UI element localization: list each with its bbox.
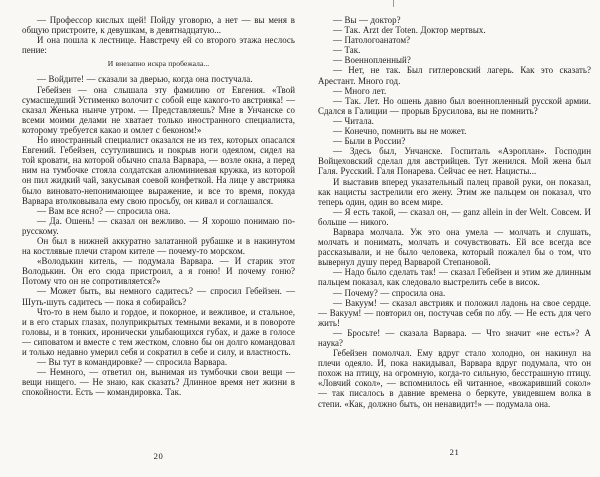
paragraph: — Вакуум! — сказал австрияк и положил ла…: [318, 298, 591, 328]
book-spread: — Профессор кислых щей! Пойду уговорю, а…: [0, 0, 600, 477]
paragraph: — Так. Лет. Но ошень давно был военнопле…: [318, 96, 591, 116]
paragraph: — Вы — доктор?: [318, 15, 591, 25]
paragraph: — Вы тут в командировке? — спросила Варв…: [22, 357, 295, 367]
paragraph: — Бросьте! — сказала Варвара. — Что знач…: [318, 328, 591, 348]
paragraph: — Военнопленный?: [318, 55, 591, 65]
paragraph: И выставив вперед указательный палец пра…: [318, 177, 591, 207]
left-page-number: 20: [22, 451, 295, 461]
paragraph: — Были в России?: [318, 136, 591, 146]
paragraph: — Может быть, вы немного садитесь? — спр…: [22, 286, 295, 306]
verse-line: И внезапно искра пробежала...: [22, 59, 295, 69]
paragraph: Варвара молчала. Уж это она умела — молч…: [318, 227, 591, 267]
left-page-text: — Профессор кислых щей! Пойду уговорю, а…: [22, 15, 295, 397]
paragraph: — Нет, не так. Был гитлеровский лагерь. …: [318, 65, 591, 85]
paragraph: Он был в нижней аккуратно залатанной руб…: [22, 236, 295, 256]
paragraph: — Надо было сделать так! — сказал Гебейз…: [318, 267, 591, 287]
paragraph: Гебейзен помолчал. Ему вдруг стало холод…: [318, 348, 591, 409]
paragraph: — Войдите! — сказали за дверью, когда он…: [22, 74, 295, 84]
left-page: — Профессор кислых щей! Пойду уговорю, а…: [0, 0, 300, 477]
paragraph: И она пошла к лестнице. Навстречу ей со …: [22, 35, 295, 55]
paragraph: — Конечно, помнить вы не может.: [318, 126, 591, 136]
paragraph: — Патологоанатом?: [318, 35, 591, 45]
paragraph: — Так.: [318, 45, 591, 55]
paragraph: — Много лет.: [318, 86, 591, 96]
paragraph: — Да. Ошень! — сказал он вежливо. — Я хо…: [22, 216, 295, 236]
right-page: — Вы — доктор?— Так. Arzt der Toten. Док…: [300, 0, 600, 477]
paragraph: — Я есть такой, — сказал он, — ganz alle…: [318, 207, 591, 227]
paragraph: — Почему? — спросила она.: [318, 288, 591, 298]
paragraph: — Вам все ясно? — спросила она.: [22, 206, 295, 216]
paragraph: — Читала.: [318, 116, 591, 126]
paragraph: — Здесь был, Унчанске. Госпиталь «Аэропл…: [318, 146, 591, 176]
paragraph: Но иностранный специалист оказался не из…: [22, 135, 295, 206]
paragraph: — Немного, — ответил он, вынимая из тумб…: [22, 367, 295, 397]
right-page-number: 21: [318, 447, 591, 457]
right-page-text: — Вы — доктор?— Так. Arzt der Toten. Док…: [318, 15, 591, 409]
paragraph: — Профессор кислых щей! Пойду уговорю, а…: [22, 15, 295, 35]
paragraph: Гебейзен — она слышала эту фамилию от Ев…: [22, 85, 295, 135]
paragraph: — Так. Arzt der Toten. Доктор мертвых.: [318, 25, 591, 35]
paragraph: Что-то в нем было и гордое, и покорное, …: [22, 307, 295, 357]
paragraph: «Володькин китель, — подумала Варвара. —…: [22, 256, 295, 286]
